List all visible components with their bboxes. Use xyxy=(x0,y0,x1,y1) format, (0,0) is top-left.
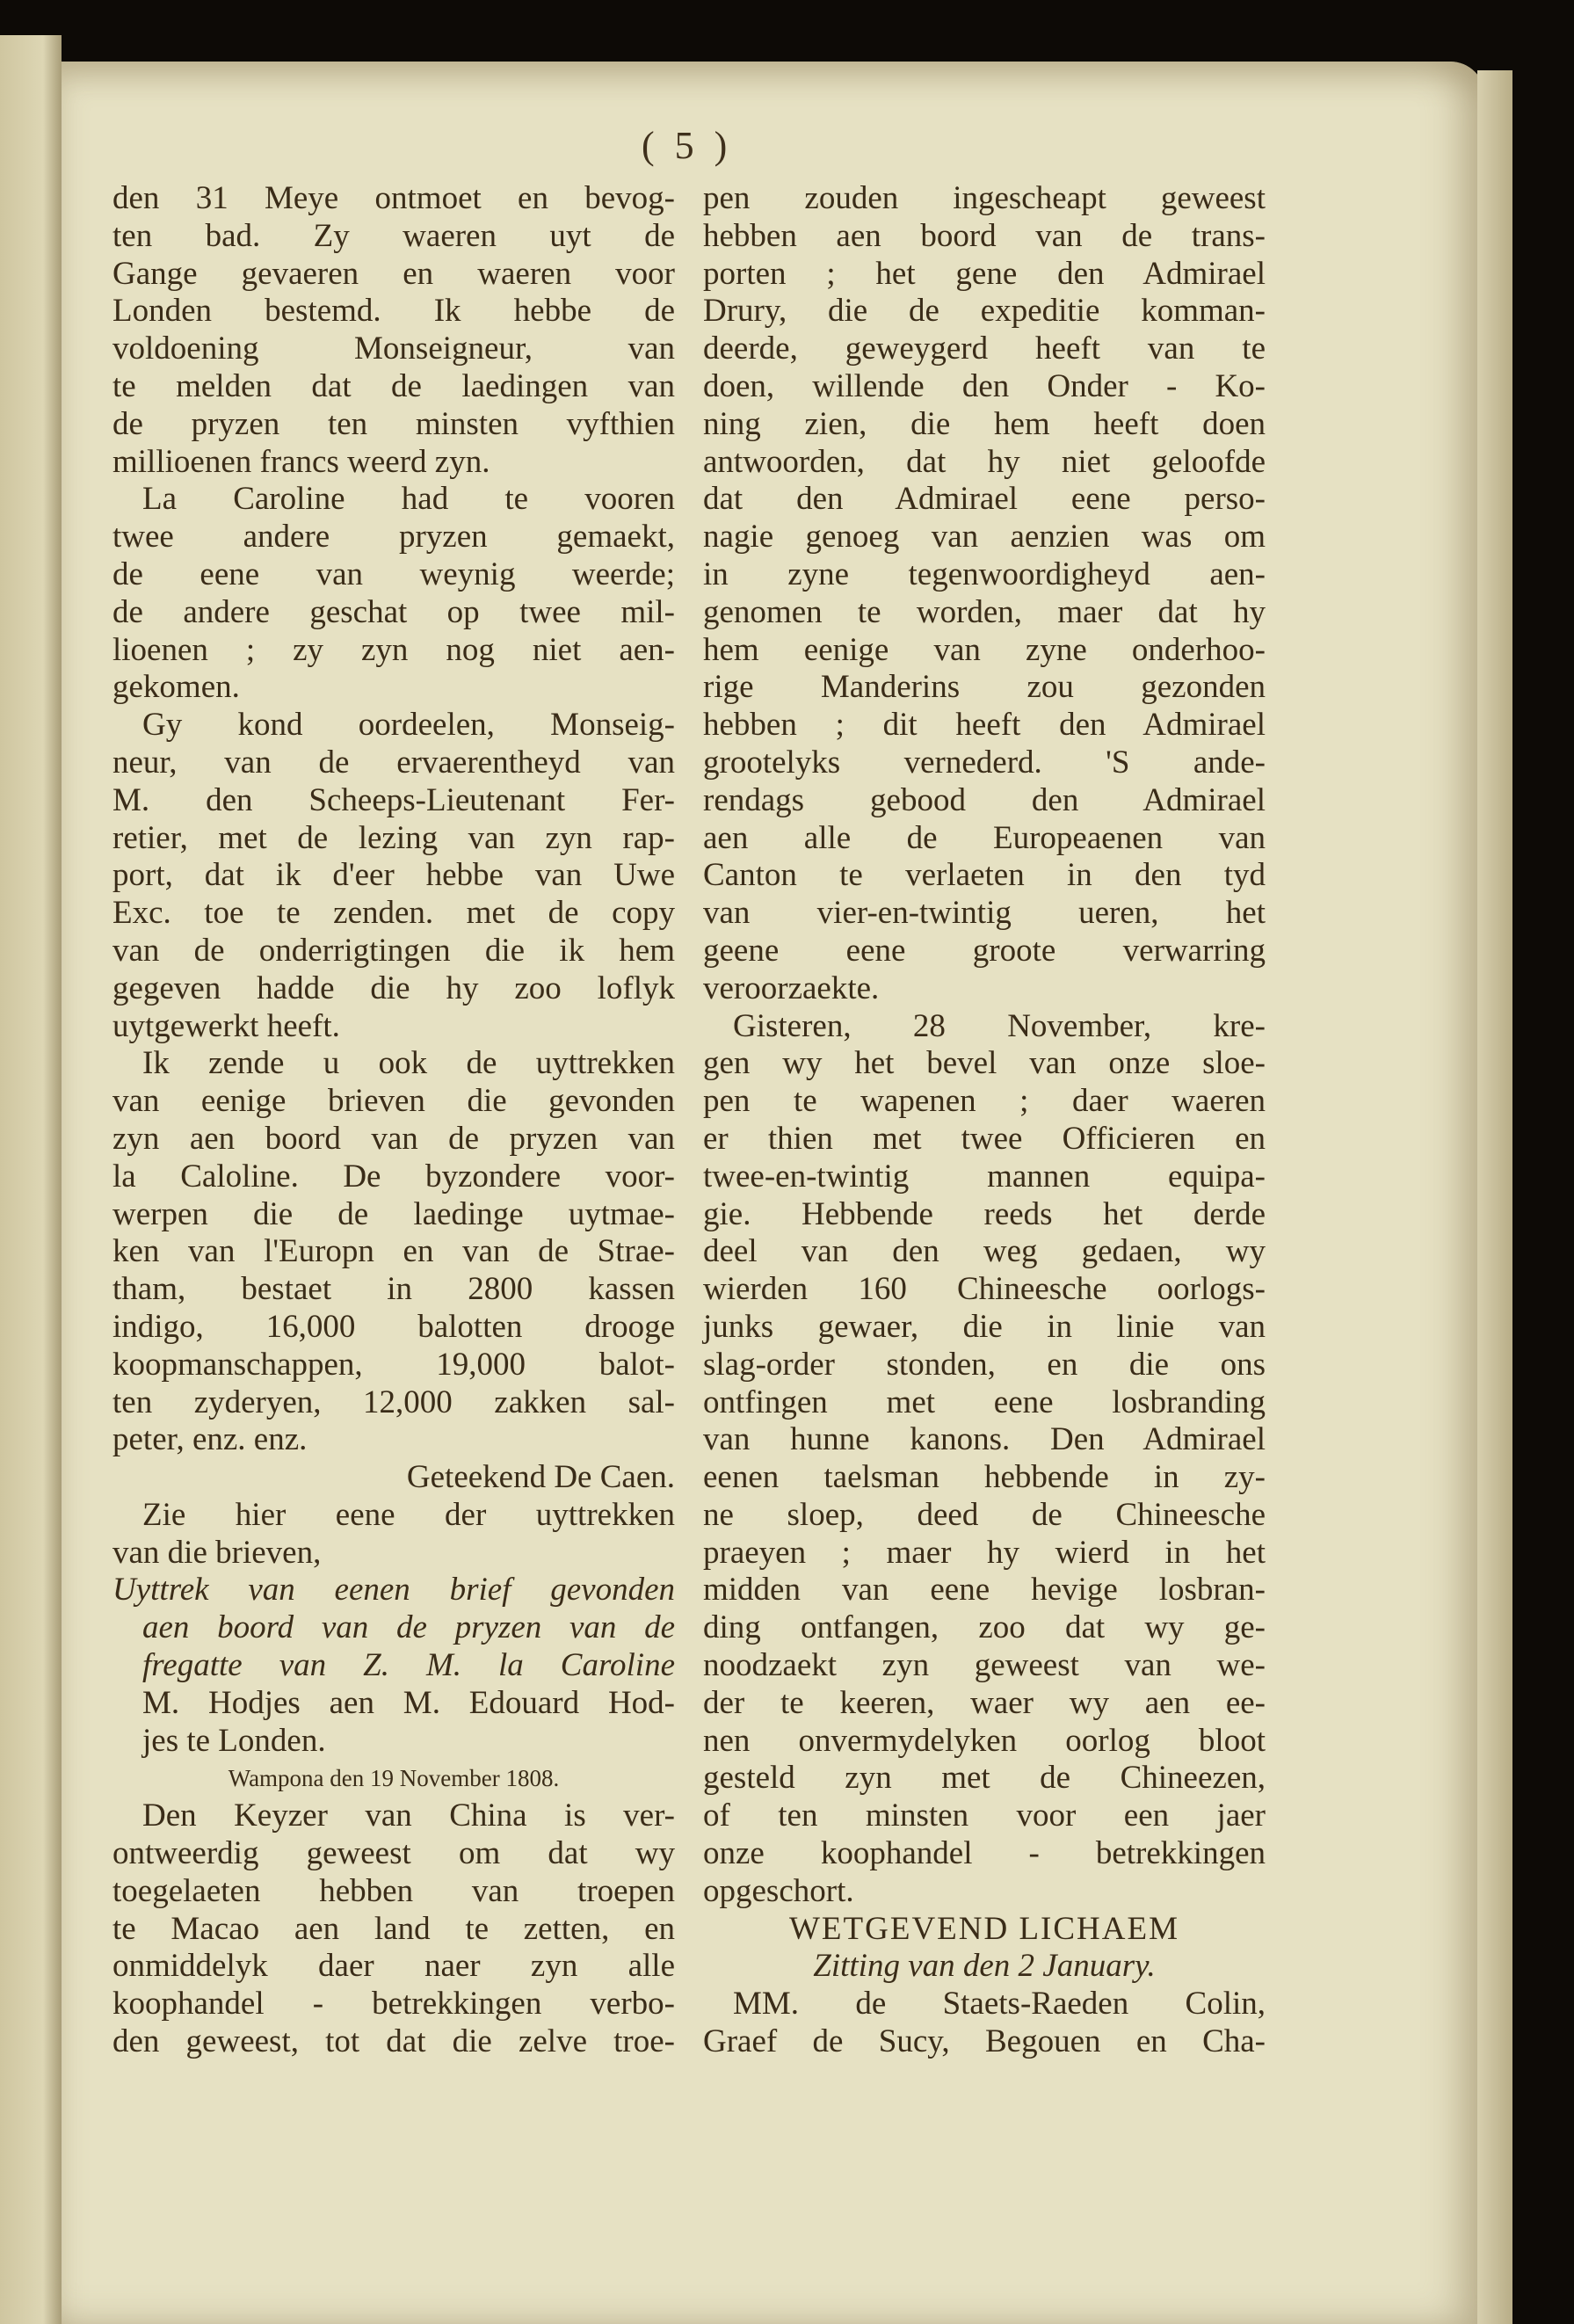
text-line: Drury, die de expeditie komman- xyxy=(703,293,1266,330)
text-line: er thien met twee Officieren en xyxy=(703,1121,1266,1158)
text-line: La Caroline had te vooren xyxy=(112,481,675,519)
text-line: neur, van de ervaerentheyd van xyxy=(112,744,675,782)
section-subheading: Zitting van den 2 January. xyxy=(703,1948,1266,1986)
text-line: twee andere pryzen gemaekt, xyxy=(112,519,675,556)
text-line: rige Manderins zou gezonden xyxy=(703,669,1266,707)
text-line: de eene van weynig weerde; xyxy=(112,556,675,594)
text-line: Gange gevaeren en waeren voor xyxy=(112,256,675,294)
text-line: MM. de Staets-Raeden Colin, xyxy=(703,1986,1266,2023)
text-line: twee-en-twintig mannen equipa- xyxy=(703,1158,1266,1196)
text-line: aen alle de Europeaenen van xyxy=(703,820,1266,858)
text-line: werpen die de laedinge uytmae- xyxy=(112,1196,675,1234)
text-line: noodzaekt zyn geweest van we- xyxy=(703,1647,1266,1685)
text-line: hebben ; dit heeft den Admirael xyxy=(703,707,1266,744)
text-line: genomen te worden, maer dat hy xyxy=(703,594,1266,632)
text-line: gekomen. xyxy=(112,669,675,707)
text-line: slag-order stonden, en die ons xyxy=(703,1347,1266,1384)
text-line: opgeschort. xyxy=(703,1873,1266,1911)
letter-heading-line: aen boord van de pryzen van de xyxy=(112,1609,675,1647)
text-line: lioenen ; zy zyn nog niet aen- xyxy=(112,632,675,670)
text-line: praeyen ; maer hy wierd in het xyxy=(703,1535,1266,1572)
text-line: grootelyks vernederd. 'S ande- xyxy=(703,744,1266,782)
text-line: Gy kond oordeelen, Monseig- xyxy=(112,707,675,744)
text-line: Exc. toe te zenden. met de copy xyxy=(112,895,675,933)
text-line: nagie genoeg van aenzien was om xyxy=(703,519,1266,556)
text-line: nen onvermydelyken oorlog bloot xyxy=(703,1723,1266,1761)
text-line: den geweest, tot dat die zelve troe- xyxy=(112,2023,675,2061)
signature-line: Geteekend De Caen. xyxy=(112,1459,675,1497)
page-edge xyxy=(1477,70,1512,2324)
text-line: junks gewaer, die in linie van xyxy=(703,1309,1266,1347)
text-line: of ten minsten voor een jaer xyxy=(703,1797,1266,1835)
page-number: ( 5 ) xyxy=(642,123,732,168)
letter-heading-line: M. Hodjes aen M. Edouard Hod- xyxy=(112,1685,675,1723)
text-line: Ik zende u ook de uyttrekken xyxy=(112,1045,675,1083)
text-line: van die brieven, xyxy=(112,1535,675,1572)
text-line: ten zyderyen, 12,000 zakken sal- xyxy=(112,1384,675,1422)
text-line: koophandel - betrekkingen verbo- xyxy=(112,1986,675,2023)
text-line: gesteld zyn met de Chineezen, xyxy=(703,1760,1266,1797)
text-line: peter, enz. enz. xyxy=(112,1421,675,1459)
letter-heading-line: Uyttrek van eenen brief gevonden xyxy=(112,1572,675,1609)
dateline: Wampona den 19 November 1808. xyxy=(112,1760,675,1797)
text-line: geene eene groote verwarring xyxy=(703,933,1266,970)
text-line: hebben aen boord van de trans- xyxy=(703,218,1266,256)
text-line: ten bad. Zy waeren uyt de xyxy=(112,218,675,256)
text-line: den 31 Meye ontmoet en bevog- xyxy=(112,180,675,218)
text-line: Graef de Sucy, Begouen en Cha- xyxy=(703,2023,1266,2061)
text-line: porten ; het gene den Admirael xyxy=(703,256,1266,294)
text-line: de pryzen ten minsten vyfthien xyxy=(112,406,675,444)
text-line: pen zouden ingescheapt geweest xyxy=(703,180,1266,218)
text-line: in zyne tegenwoordigheyd aen- xyxy=(703,556,1266,594)
text-line: onze koophandel - betrekkingen xyxy=(703,1835,1266,1873)
text-line: hem eenige van zyne onderhoo- xyxy=(703,632,1266,670)
text-line: port, dat ik d'eer hebbe van Uwe xyxy=(112,857,675,895)
text-line: wierden 160 Chineesche oorlogs- xyxy=(703,1271,1266,1309)
text-line: rendags gebood den Admirael xyxy=(703,782,1266,820)
text-line: indigo, 16,000 balotten drooge xyxy=(112,1309,675,1347)
text-line: midden van eene hevige losbran- xyxy=(703,1572,1266,1609)
section-heading: WETGEVEND LICHAEM xyxy=(703,1911,1266,1949)
text-line: te melden dat de laedingen van xyxy=(112,368,675,406)
text-line: gie. Hebbende reeds het derde xyxy=(703,1196,1266,1234)
text-line: pen te wapenen ; daer waeren xyxy=(703,1083,1266,1121)
text-line: Londen bestemd. Ik hebbe de xyxy=(112,293,675,330)
text-line: voldoening Monseigneur, van xyxy=(112,330,675,368)
text-line: doen, willende den Onder - Ko- xyxy=(703,368,1266,406)
text-line: onmiddelyk daer naer zyn alle xyxy=(112,1948,675,1986)
text-line: tham, bestaet in 2800 kassen xyxy=(112,1271,675,1309)
text-line: van vier-en-twintig ueren, het xyxy=(703,895,1266,933)
text-line: zyn aen boord van de pryzen van xyxy=(112,1121,675,1158)
text-line: van eenige brieven die gevonden xyxy=(112,1083,675,1121)
text-line: dat den Admirael eene perso- xyxy=(703,481,1266,519)
text-line: der te keeren, waer wy aen ee- xyxy=(703,1685,1266,1723)
text-line: koopmanschappen, 19,000 balot- xyxy=(112,1347,675,1384)
text-line: Zie hier eene der uyttrekken xyxy=(112,1497,675,1535)
text-line: Canton te verlaeten in den tyd xyxy=(703,857,1266,895)
text-line: ken van l'Europn en van de Strae- xyxy=(112,1233,675,1271)
text-line: retier, met de lezing van zyn rap- xyxy=(112,820,675,858)
text-line: te Macao aen land te zetten, en xyxy=(112,1911,675,1949)
text-line: Den Keyzer van China is ver- xyxy=(112,1797,675,1835)
text-line: toegelaeten hebben van troepen xyxy=(112,1873,675,1911)
text-line: gegeven hadde die hy zoo loflyk xyxy=(112,970,675,1008)
text-line: Gisteren, 28 November, kre- xyxy=(703,1008,1266,1046)
text-line: ontfingen met eene losbranding xyxy=(703,1384,1266,1422)
text-line: deerde, geweygerd heeft van te xyxy=(703,330,1266,368)
text-line: ning zien, die hem heeft doen xyxy=(703,406,1266,444)
text-line: antwoorden, dat hy niet geloofde xyxy=(703,444,1266,482)
text-line: deel van den weg gedaen, wy xyxy=(703,1233,1266,1271)
text-line: ding ontfangen, zoo dat wy ge- xyxy=(703,1609,1266,1647)
text-line: de andere geschat op twee mil- xyxy=(112,594,675,632)
letter-heading-line: jes te Londen. xyxy=(112,1723,675,1761)
text-line: ne sloep, deed de Chineesche xyxy=(703,1497,1266,1535)
text-line: veroorzaekte. xyxy=(703,970,1266,1008)
text-line: uytgewerkt heeft. xyxy=(112,1008,675,1046)
text-line: van de onderrigtingen die ik hem xyxy=(112,933,675,970)
text-line: millioenen francs weerd zyn. xyxy=(112,444,675,482)
text-line: van hunne kanons. Den Admirael xyxy=(703,1421,1266,1459)
text-column-right: pen zouden ingescheapt geweest hebben ae… xyxy=(703,180,1266,2061)
text-line: M. den Scheeps-Lieutenant Fer- xyxy=(112,782,675,820)
text-line: gen wy het bevel van onze sloe- xyxy=(703,1045,1266,1083)
text-line: ontweerdig geweest om dat wy xyxy=(112,1835,675,1873)
facing-page-edge xyxy=(0,35,62,2324)
text-line: eenen taelsman hebbende in zy- xyxy=(703,1459,1266,1497)
letter-heading-line: fregatte van Z. M. la Caroline xyxy=(112,1647,675,1685)
text-line: la Caloline. De byzondere voor- xyxy=(112,1158,675,1196)
text-column-left: den 31 Meye ontmoet en bevog- ten bad. Z… xyxy=(112,180,675,2061)
